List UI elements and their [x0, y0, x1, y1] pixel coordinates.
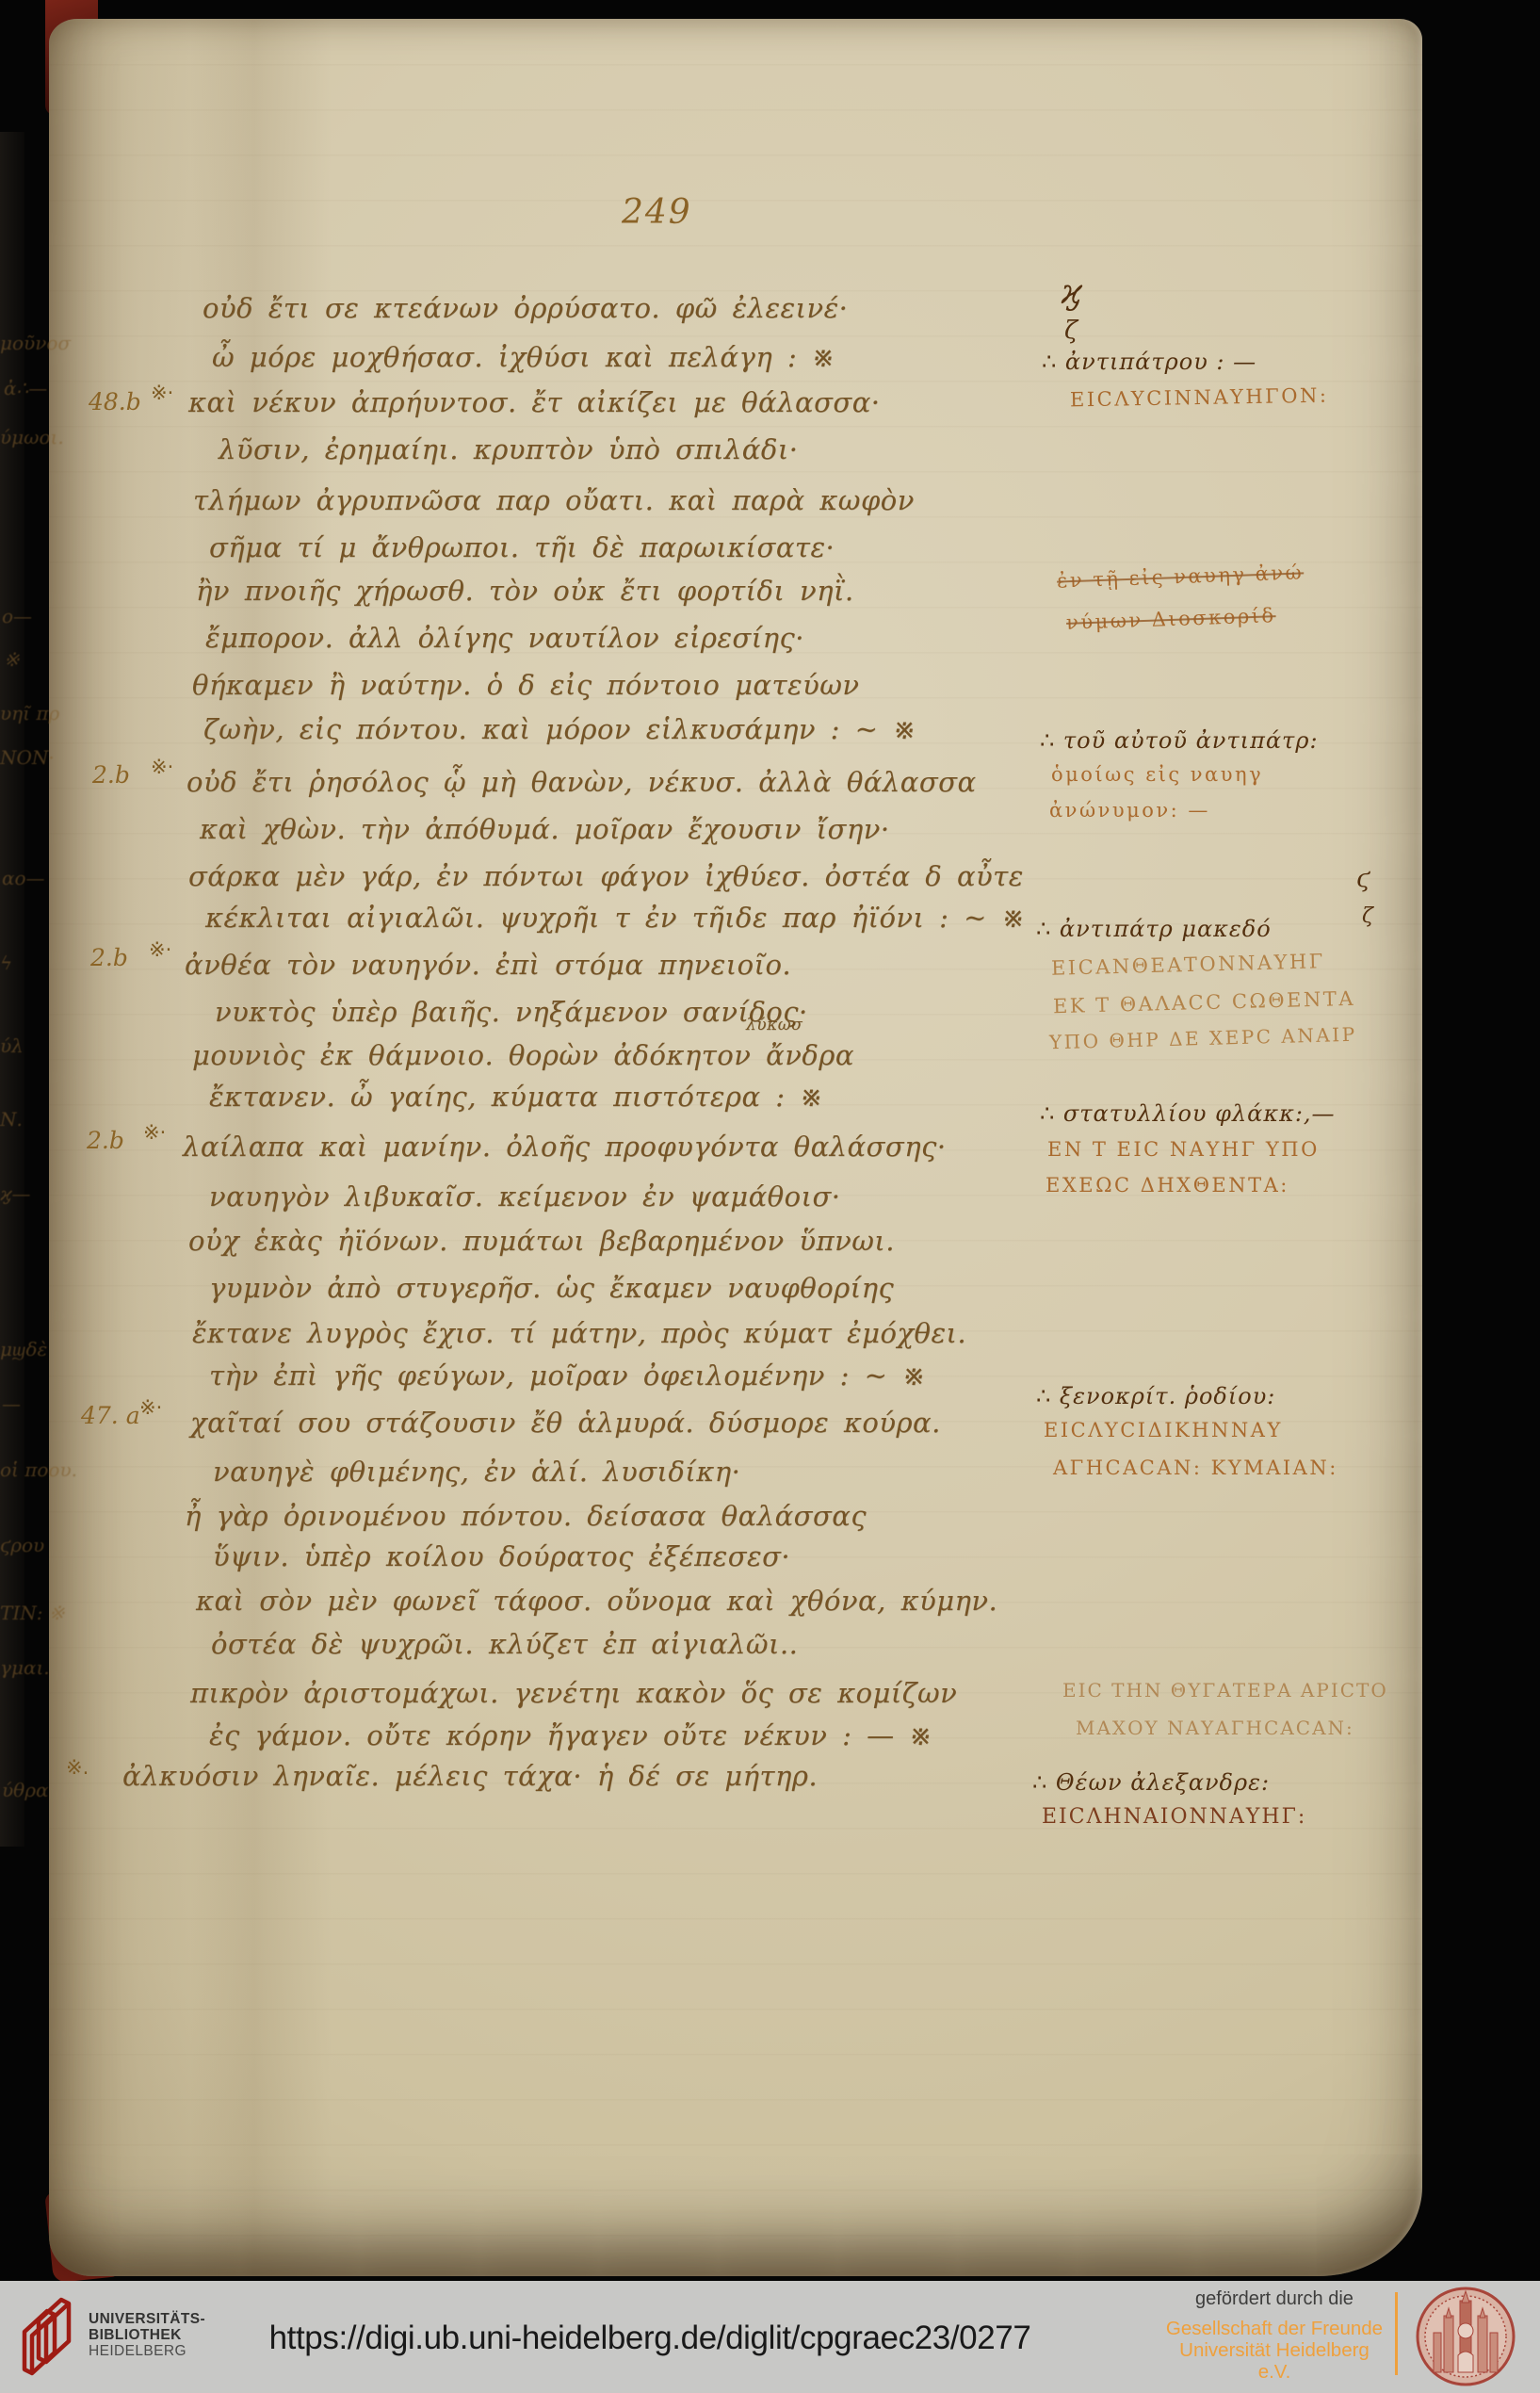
- parchment-page: [49, 19, 1422, 2276]
- page-edge-strip: [0, 132, 24, 1847]
- university-seal-icon: [1415, 2286, 1516, 2387]
- funding-org-line2: Universität Heidelberg e.V.: [1164, 2339, 1385, 2383]
- footer-divider: [1395, 2292, 1398, 2375]
- watermark-footer: UNIVERSITÄTS- BIBLIOTHEK HEIDELBERG http…: [0, 2281, 1540, 2393]
- ub-library-logo-icon: [13, 2292, 83, 2381]
- manuscript-scan-viewport: 249 μοῦνοσἀ∴—ύμωοι.ο—※υηῖ πρΝΟΝ·αο—ϟύλΝ.…: [0, 0, 1540, 2393]
- source-url: https://digi.ub.uni-heidelberg.de/diglit…: [141, 2320, 1159, 2357]
- folio-number: 249: [622, 193, 692, 232]
- funding-org-line1: Gesellschaft der Freunde: [1164, 2318, 1385, 2339]
- funding-credit: gefördert durch die Gesellschaft der Fre…: [1164, 2288, 1385, 2383]
- funding-prefix: gefördert durch die: [1164, 2288, 1385, 2310]
